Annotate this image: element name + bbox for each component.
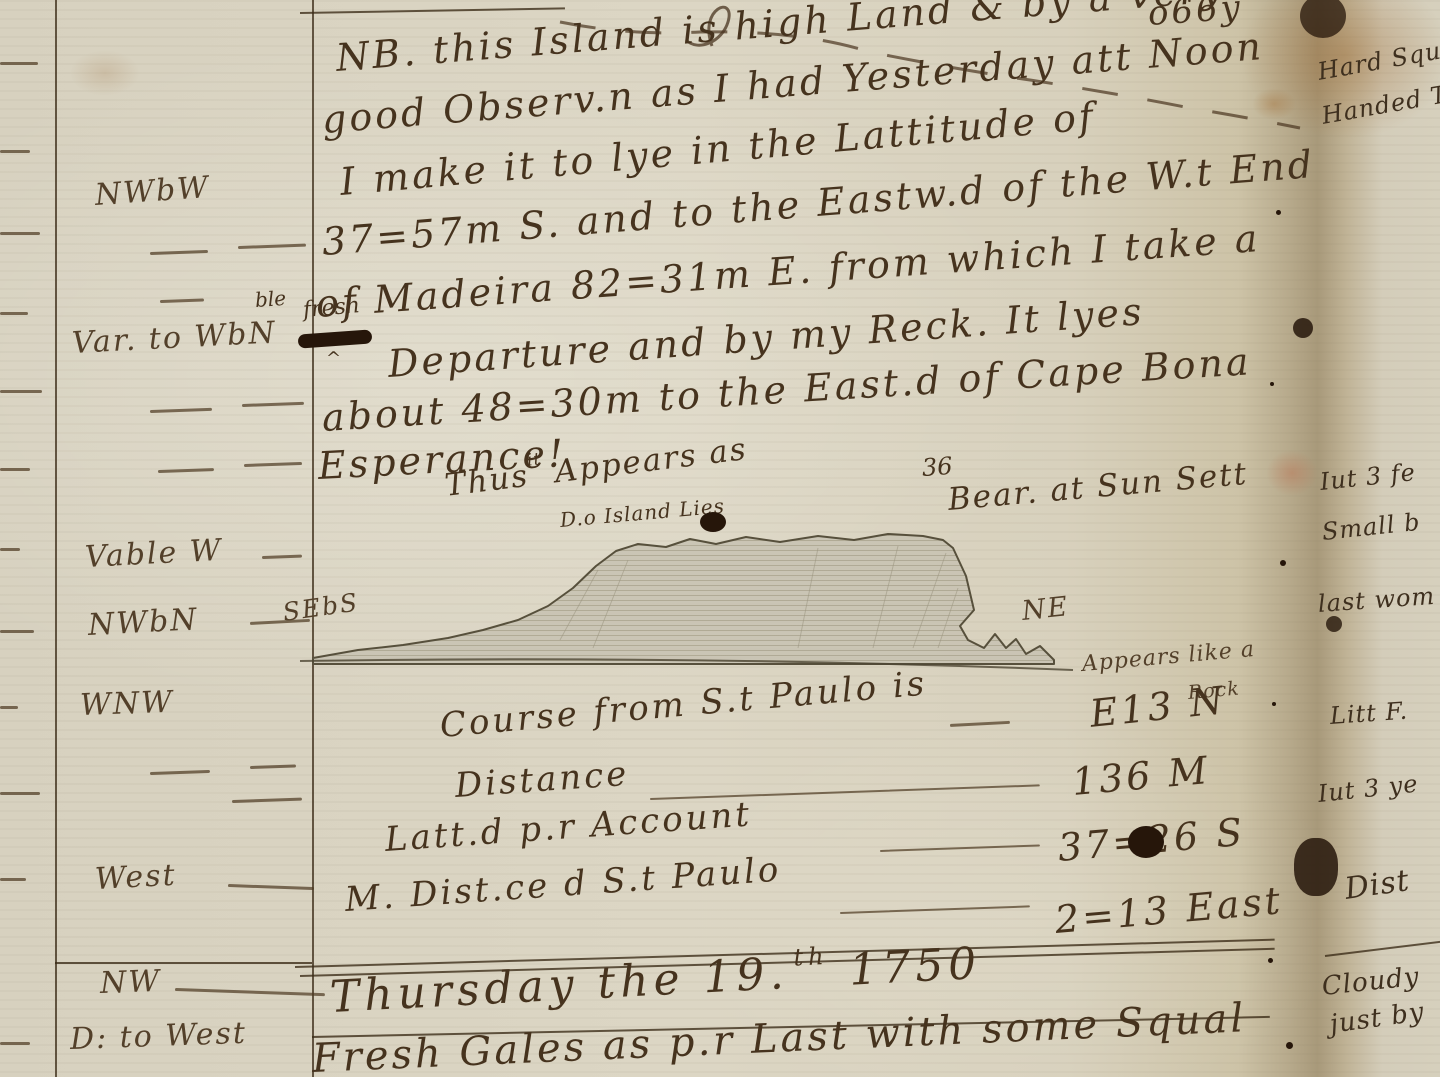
ditto-dash [150,408,212,413]
facing-fragment: Iut 3 fe [1319,458,1418,496]
ditto-dash [0,150,30,153]
wind-entry-superscript: ble [254,286,287,312]
row-fill-dash [950,721,1010,727]
column-rule-left [55,0,57,1077]
ditto-dash [250,764,296,769]
ink-blot-value [1128,826,1164,858]
ditto-dash [238,244,306,249]
speckle [1286,1042,1293,1049]
ditto-dash [0,1042,30,1045]
ditto-dash [228,884,314,890]
stain [1266,450,1318,496]
facing-fragment: Dist [1343,863,1412,907]
facing-fragment: Hard Squa [1316,34,1440,86]
facing-fragment: last wom [1317,582,1436,618]
ditto-dash [0,630,34,633]
course-row-label: Latt.d p.r Account [384,794,754,860]
wind-entry: Vable W [84,533,223,575]
ditto-dash [158,468,214,473]
ditto-dash [0,548,20,551]
course-row-value: 2=13 East [1053,878,1285,942]
wind-column-rule [55,962,312,964]
ditto-dash [0,878,26,881]
date-sup: th [793,942,830,972]
course-row-label: M. Dist.ce d S.t Paulo [344,850,783,920]
ditto-dash [0,706,18,709]
ditto-dash [0,312,28,315]
wind-entry: NW [99,964,161,1001]
facing-fragment: just by [1328,997,1426,1040]
stain-blot [1294,838,1338,896]
top-partial-rule [300,7,565,14]
wind-entry: NWbN [87,602,199,643]
struck-out-word-blot [298,329,373,348]
ditto-dash [175,988,325,996]
caption-word2: Appears as [553,431,750,490]
row-fill-dash [880,844,1040,852]
speckle [1272,702,1276,706]
row-fill-dash [840,905,1030,914]
ditto-dash [0,62,38,65]
ditto-dash [160,298,204,303]
facing-fragment: Cloudy [1320,962,1421,1002]
date-post: 1750 [822,938,982,997]
wind-entry: D: to West [69,1016,247,1057]
ditto-dash [0,390,42,393]
ditto-dash [0,468,30,471]
margin-insertion: fresh [302,293,361,323]
facing-page-rule [1325,940,1440,957]
sketch-note: Appears like a [1081,637,1256,677]
speckle [1268,958,1273,963]
island-outline [313,534,1054,664]
wind-entry: WNW [79,685,174,723]
facing-fragment: Litt F. [1329,697,1409,730]
facing-fragment: Small b [1321,508,1422,546]
ditto-dash [242,402,304,407]
course-row-label: Distance [454,754,631,806]
ditto-dash [262,555,302,559]
insertion-caret: ^ [326,348,341,369]
ditto-dash [0,792,40,795]
ditto-dash [244,462,302,467]
speckle [1280,560,1286,566]
logbook-page-photo: o66y NWbW ble Var. to WbN Vable W NWbN W… [0,0,1440,1077]
wind-entry: Var. to WbN [71,315,277,361]
ditto-dash [0,232,40,235]
stain [70,50,140,96]
stain-blot [1300,0,1346,38]
speckle [1270,382,1274,386]
wind-entry: West [94,858,177,897]
ditto-dash [150,770,210,775]
course-row-value: 136 M [1070,748,1212,804]
island-profile-sketch [298,498,1088,703]
stain-blot [1326,616,1342,632]
wind-entry: NWbW [94,170,211,213]
facing-fragment: Iut 3 ye [1317,770,1420,808]
course-row-value: E13 N [1088,678,1228,736]
ditto-dash [150,250,208,255]
caption-sup: it [526,449,543,471]
date-pre: Thursday the 19. [329,948,790,1023]
bearing-right: NE [1020,591,1070,627]
speckle [1276,210,1281,215]
ditto-dash [232,798,302,803]
facing-fragment: Handed T [1320,80,1440,130]
stain-blot [1293,318,1313,338]
caption-number: 36 [921,452,953,482]
